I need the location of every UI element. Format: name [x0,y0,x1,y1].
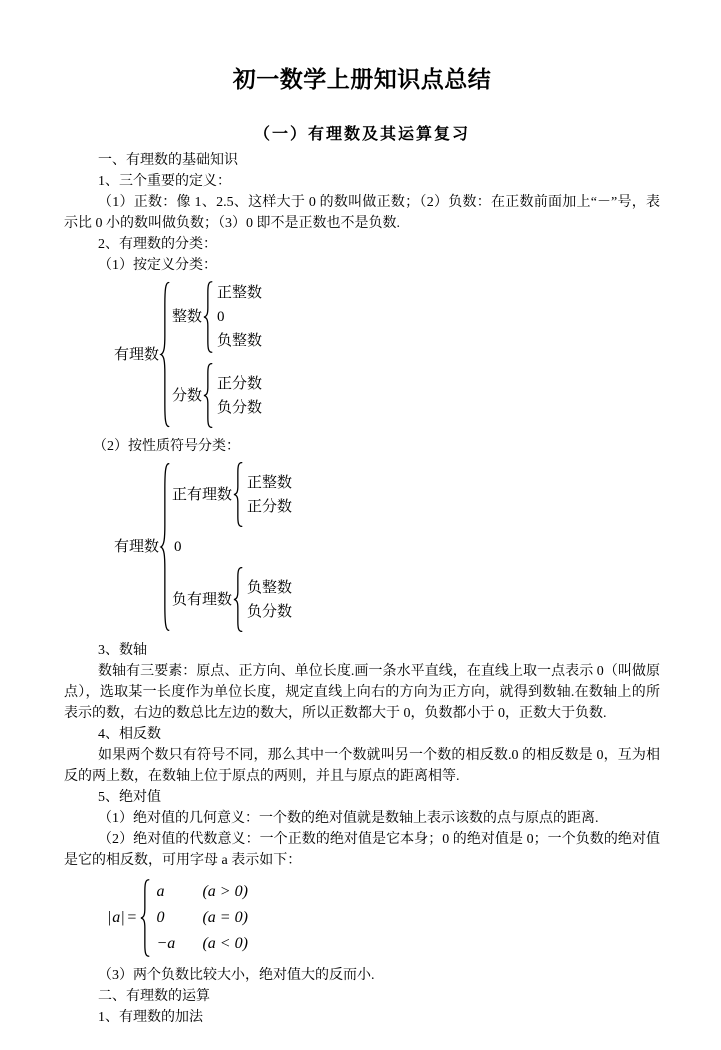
formula-case: −a (a < 0) [156,931,247,957]
paragraph-definitions: （1）正数：像 1、2.5、这样大于 0 的数叫做正数；（2）负数：在正数前面加… [64,192,660,234]
formula-cases: a (a > 0) 0 (a = 0) −a (a < 0) [152,879,247,957]
tree-group-label: 正有理数 [172,483,232,507]
tree-items: 正整数 正分数 [245,471,292,519]
paragraph-abs-algebraic: （2）绝对值的代数意义：一个正数的绝对值是它本身；0 的绝对值是 0；一个负数的… [64,829,660,871]
diagram-classification-by-sign: 有理数 正有理数 正整数 正分数 0 负有理数 [114,462,660,632]
tree-leaf: 正分数 [247,495,292,519]
left-brace-icon [202,281,215,353]
heading-addition: 1、有理数的加法 [64,1007,660,1028]
section-title: （一）有理数及其运算复习 [64,124,660,146]
equals-sign: = [124,909,136,927]
formula-case: 0 (a = 0) [156,905,247,931]
left-brace-icon [159,462,172,632]
doc-title: 初一数学上册知识点总结 [64,66,660,94]
heading-classify-by-sign: （2）按性质符号分类： [64,436,660,457]
tree-leaf: 负整数 [217,329,262,353]
diagram-classification-by-definition: 有理数 整数 正整数 0 负整数 分数 [114,281,660,428]
tree-leaf: 正整数 [247,471,292,495]
tree-group-label: 分数 [172,384,202,408]
heading-rational-basics: 一、有理数的基础知识 [64,150,660,171]
tree-leaf-zero: 0 [172,535,292,559]
tree-group-integers: 整数 正整数 0 负整数 [172,281,262,353]
absolute-value-formula: | a | = a (a > 0) 0 (a = 0) −a (a < 0) [108,879,660,957]
heading-number-line: 3、数轴 [64,640,660,661]
case-value: a [156,879,202,905]
heading-absolute-value: 5、绝对值 [64,787,660,808]
paragraph-number-line: 数轴有三要素：原点、正方向、单位长度.画一条水平直线，在直线上取一点表示 0（叫… [64,661,660,724]
formula-lhs: | a | = [108,909,136,927]
tree-leaf: 负分数 [217,396,262,420]
tree-group-label: 整数 [172,305,202,329]
left-brace-icon [202,363,215,428]
tree-items: 正分数 负分数 [215,372,262,420]
case-condition: (a = 0) [202,905,247,931]
tree-group-positive-rationals: 正有理数 正整数 正分数 [172,462,292,527]
tree-leaf: 负整数 [247,576,292,600]
document-page: 初一数学上册知识点总结 （一）有理数及其运算复习 一、有理数的基础知识 1、三个… [0,0,721,1050]
tree-root-label: 有理数 [114,343,159,367]
heading-opposite-numbers: 4、相反数 [64,724,660,745]
paragraph-opposite-numbers: 如果两个数只有符号不同，那么其中一个数就叫另一个数的相反数.0 的相反数是 0，… [64,745,660,787]
formula-case: a (a > 0) [156,879,247,905]
tree-branches: 整数 正整数 0 负整数 分数 [172,281,262,428]
case-condition: (a < 0) [202,931,247,957]
case-value: −a [156,931,202,957]
paragraph-abs-geometric: （1）绝对值的几何意义：一个数的绝对值就是数轴上表示该数的点与原点的距离. [64,808,660,829]
case-condition: (a > 0) [202,879,247,905]
tree-branches: 正有理数 正整数 正分数 0 负有理数 [172,462,292,632]
tree-items: 正整数 0 负整数 [215,281,262,353]
tree-items: 负整数 负分数 [245,576,292,624]
tree-group-label: 负有理数 [172,588,232,612]
tree-leaf: 负分数 [247,600,292,624]
left-brace-icon [232,567,245,632]
paragraph-abs-compare: （3）两个负数比较大小，绝对值大的反而小. [64,965,660,986]
left-brace-icon [139,879,152,957]
case-value: 0 [156,905,202,931]
left-brace-icon [232,462,245,527]
tree-group-negative-rationals: 负有理数 负整数 负分数 [172,567,292,632]
left-brace-icon [159,281,172,428]
tree-leaf: 正整数 [217,281,262,305]
heading-operations: 二、有理数的运算 [64,986,660,1007]
tree-group-fractions: 分数 正分数 负分数 [172,363,262,428]
formula-variable: a [111,909,121,927]
tree-leaf: 正分数 [217,372,262,396]
tree-root-label: 有理数 [114,535,159,559]
heading-classification: 2、有理数的分类： [64,234,660,255]
heading-three-definitions: 1、三个重要的定义： [64,171,660,192]
tree-leaf: 0 [217,305,262,329]
heading-classify-by-definition: （1）按定义分类： [64,255,660,276]
